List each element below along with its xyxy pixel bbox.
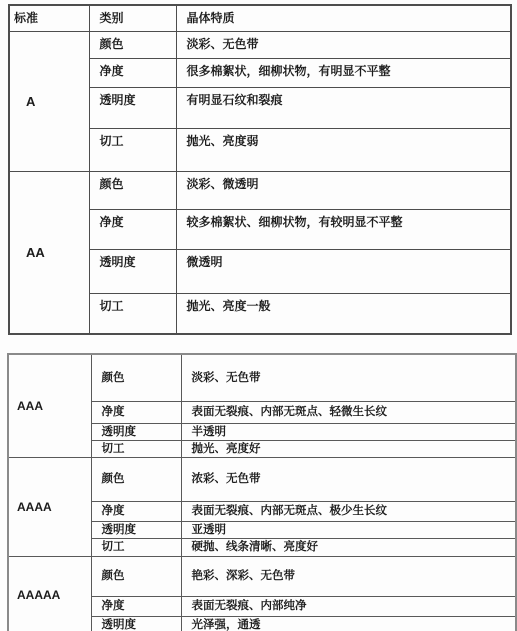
trait-cell: 半透明 (181, 423, 516, 440)
trait-cell: 较多棉絮状、细柳状物，有较明显不平整 (176, 209, 511, 249)
page: 标准 类别 晶体特质 A 颜色 淡彩、无色带 净度 很多棉絮状，细柳状物，有明显… (0, 0, 517, 631)
trait-cell: 有明显石纹和裂痕 (176, 87, 511, 128)
trait-cell: 浓彩、无色带 (181, 457, 516, 501)
category-cell: 透明度 (91, 521, 181, 538)
trait-cell: 表面无裂痕、内部无斑点、极少生长纹 (181, 501, 516, 521)
category-cell: 透明度 (91, 423, 181, 440)
category-cell: 颜色 (89, 31, 176, 58)
trait-cell: 淡彩、无色带 (181, 354, 516, 401)
category-cell: 净度 (91, 401, 181, 423)
category-cell: 切工 (91, 538, 181, 556)
trait-cell: 光泽强，通透 (181, 616, 516, 631)
category-cell: 切工 (89, 128, 176, 171)
category-cell: 透明度 (91, 616, 181, 631)
table-row: AAAA 颜色 浓彩、无色带 (8, 457, 516, 501)
category-cell: 净度 (91, 501, 181, 521)
grade-cell-aa: AA (9, 171, 89, 334)
trait-cell: 淡彩、微透明 (176, 171, 511, 209)
trait-cell: 表面无裂痕、内部无斑点、轻微生长纹 (181, 401, 516, 423)
grade-cell-aaaaa: AAAAA (8, 556, 91, 631)
table-row: AA 颜色 淡彩、微透明 (9, 171, 511, 209)
category-cell: 净度 (89, 58, 176, 87)
header-standard: 标准 (9, 5, 89, 31)
trait-cell: 微透明 (176, 249, 511, 293)
category-cell: 切工 (91, 440, 181, 457)
category-cell: 颜色 (91, 354, 181, 401)
header-row: 标准 类别 晶体特质 (9, 5, 511, 31)
category-cell: 透明度 (89, 87, 176, 128)
table-row: AAA 颜色 淡彩、无色带 (8, 354, 516, 401)
grading-table-upper: 标准 类别 晶体特质 A 颜色 淡彩、无色带 净度 很多棉絮状，细柳状物，有明显… (8, 4, 512, 335)
category-cell: 净度 (91, 596, 181, 616)
trait-cell: 抛光、亮度一般 (176, 293, 511, 334)
table-row: A 颜色 淡彩、无色带 (9, 31, 511, 58)
grading-table-lower: AAA 颜色 淡彩、无色带 净度 表面无裂痕、内部无斑点、轻微生长纹 透明度 半… (7, 353, 517, 631)
header-category: 类别 (89, 5, 176, 31)
trait-cell: 硬抛、线条清晰、亮度好 (181, 538, 516, 556)
grade-cell-a: A (9, 31, 89, 171)
trait-cell: 抛光、亮度弱 (176, 128, 511, 171)
trait-cell: 淡彩、无色带 (176, 31, 511, 58)
trait-cell: 很多棉絮状，细柳状物，有明显不平整 (176, 58, 511, 87)
category-cell: 颜色 (89, 171, 176, 209)
category-cell: 颜色 (91, 457, 181, 501)
category-cell: 切工 (89, 293, 176, 334)
trait-cell: 抛光、亮度好 (181, 440, 516, 457)
category-cell: 净度 (89, 209, 176, 249)
trait-cell: 艳彩、深彩、无色带 (181, 556, 516, 596)
grade-cell-aaaa: AAAA (8, 457, 91, 556)
grade-cell-aaa: AAA (8, 354, 91, 457)
trait-cell: 亚透明 (181, 521, 516, 538)
category-cell: 透明度 (89, 249, 176, 293)
trait-cell: 表面无裂痕、内部纯净 (181, 596, 516, 616)
table-row: AAAAA 颜色 艳彩、深彩、无色带 (8, 556, 516, 596)
category-cell: 颜色 (91, 556, 181, 596)
header-trait: 晶体特质 (176, 5, 511, 31)
